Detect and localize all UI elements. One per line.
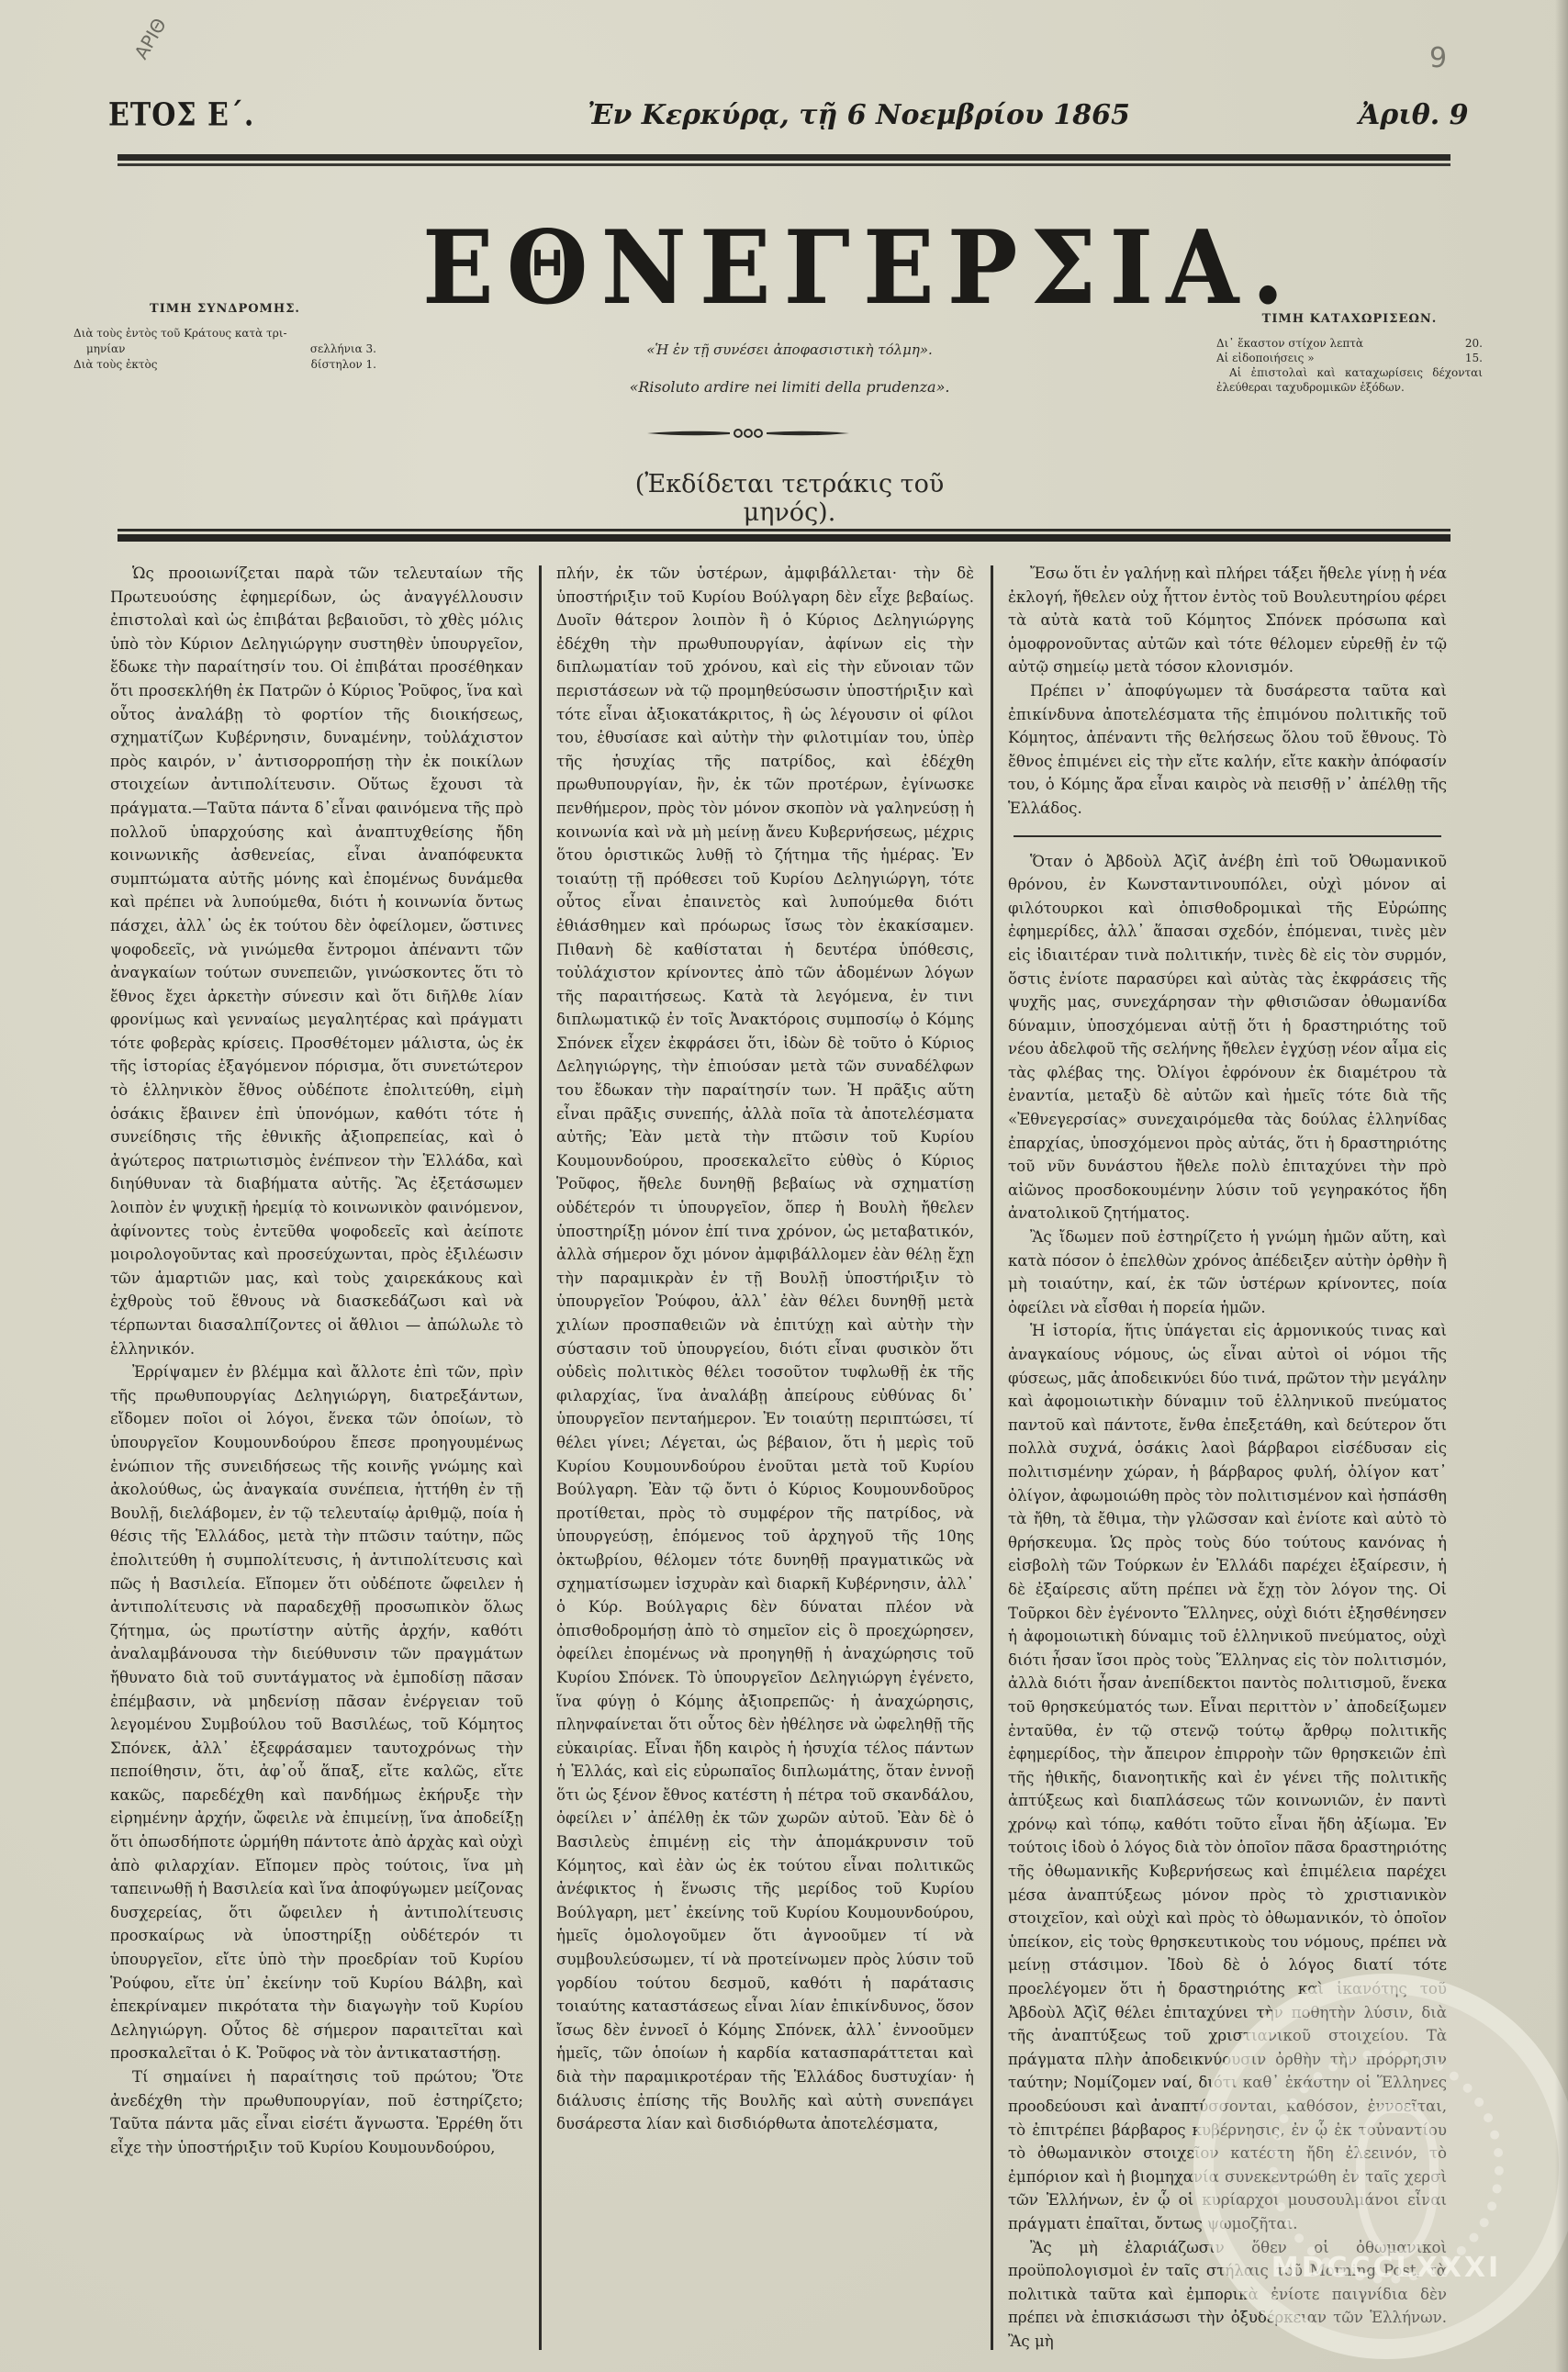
advertising-price-box: ΤΙΜΗ ΚΑΤΑΧΩΡΙΣΕΩΝ. Δι᾽ ἕκαστον στίχον λε… [1216, 312, 1483, 395]
ornament-divider-icon [643, 427, 854, 440]
paragraph: Ἐρρίψαμεν ἐν βλέμμα καὶ ἄλλοτε ἐπὶ τῶν, … [110, 1360, 523, 2065]
paragraph: Ὅταν ὁ Ἀβδοὺλ Ἀζὶζ ἀνέβη ἐπὶ τοῦ Ὀθωμανι… [1008, 850, 1447, 1226]
price-row: μηνίαν σελλήνια 3. [73, 341, 376, 357]
pencil-page-number: 9 [1429, 42, 1447, 74]
price-value: 20. [1465, 336, 1483, 351]
masthead-title: ΕΘΝΕΓΕΡΣΙΑ. [422, 208, 1148, 328]
paragraph: Ἂς ἴδωμεν ποῦ ἐστηρίζετο ἡ γνώμη ἡμῶν αὕ… [1008, 1225, 1447, 1319]
body-top-rule [118, 529, 1450, 542]
newspaper-page: ΑΡΙΘ 9 ΕΤΟΣ Ε΄. Ἐν Κερκύρᾳ, τῇ 6 Νοεμβρί… [0, 0, 1568, 2372]
library-stamp-icon: MDCCCLXXXI [1193, 1974, 1568, 2359]
paragraph: Τί σημαίνει ἡ παραίτησις τοῦ πρώτου; Ὅτε… [110, 2065, 523, 2159]
price-value: σελλήνια 3. [310, 341, 376, 357]
subscription-heading: ΤΙΜΗ ΣΥΝΔΡΟΜΗΣ. [73, 301, 376, 317]
stamp-text: MDCCCLXXXI [1214, 2252, 1559, 2284]
price-value: δίστηλον 1. [311, 357, 376, 373]
paragraph: πλήν, ἐκ τῶν ὑστέρων, ἀμφιβάλλεται· τὴν … [556, 562, 974, 2136]
article-separator [1014, 835, 1441, 837]
subscription-price-box: ΤΙΜΗ ΣΥΝΔΡΟΜΗΣ. Διὰ τοὺς ἐντὸς τοῦ Κράτο… [73, 301, 376, 373]
year-label: ΕΤΟΣ Ε΄. [108, 96, 254, 133]
motto-italian: «Risoluto ardire nei limiti della pruden… [551, 378, 1028, 396]
advertising-note: Αἱ ἐπιστολαὶ καὶ καταχωρίσεις δέχονται ἐ… [1216, 365, 1483, 395]
price-row: Διὰ τοὺς ἐκτὸς δίστηλον 1. [73, 357, 376, 373]
article-column-1: Ὡς προοιωνίζεται παρὰ τῶν τελευταίων τῆς… [110, 562, 523, 2159]
header-rule [118, 154, 1450, 166]
price-value: 15. [1465, 351, 1483, 365]
price-row: Αἱ εἰδοποιήσεις » 15. [1216, 351, 1483, 365]
price-label: μηνίαν [73, 341, 125, 357]
motto-greek: «Ἡ ἐν τῇ συνέσει ἀποφασιστικὴ τόλμη». [551, 341, 1028, 358]
paragraph: Ὡς προοιωνίζεται παρὰ τῶν τελευταίων τῆς… [110, 562, 523, 1360]
price-label: Διὰ τοὺς ἐκτὸς [73, 357, 158, 373]
publication-frequency: (Ἐκδίδεται τετράκις τοῦ μηνός). [588, 470, 991, 527]
paragraph: Ἔσω ὅτι ἐν γαλήνῃ καὶ πλήρει τάξει ἤθελε… [1008, 562, 1447, 679]
pencil-marginalia: ΑΡΙΘ [129, 14, 170, 62]
price-label: Δι᾽ ἕκαστον στίχον λεπτὰ [1216, 336, 1363, 351]
price-label: Αἱ εἰδοποιήσεις » [1216, 351, 1315, 365]
article-column-2: πλήν, ἐκ τῶν ὑστέρων, ἀμφιβάλλεται· τὴν … [556, 562, 974, 2136]
price-row: Διὰ τοὺς ἐντὸς τοῦ Κράτους κατὰ τρι- [73, 326, 376, 341]
issue-number: Ἀριθ. 9 [1359, 99, 1469, 131]
page-edge-shadow [1555, 0, 1568, 2372]
price-row: Δι᾽ ἕκαστον στίχον λεπτὰ 20. [1216, 336, 1483, 351]
column-divider [539, 565, 542, 2350]
advertising-heading: ΤΙΜΗ ΚΑΤΑΧΩΡΙΣΕΩΝ. [1216, 312, 1483, 327]
dateline: Ἐν Κερκύρᾳ, τῇ 6 Νοεμβρίου 1865 [588, 99, 1130, 131]
column-divider [991, 565, 993, 2350]
paragraph: Πρέπει ν᾽ ἀποφύγωμεν τὰ δυσάρεστα ταῦτα … [1008, 679, 1447, 821]
price-label: Διὰ τοὺς ἐντὸς τοῦ Κράτους κατὰ τρι- [73, 326, 287, 341]
